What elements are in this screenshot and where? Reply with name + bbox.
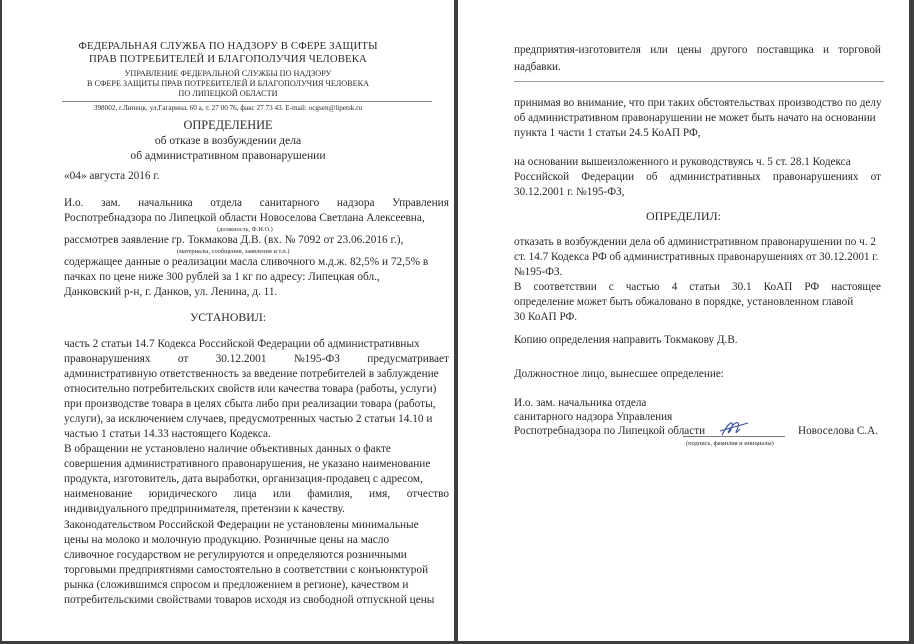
established-line: при производстве товара в целях сбыта ли…: [64, 398, 449, 410]
signature-caption: (подпись, фамилия и инициалы): [686, 440, 774, 447]
agency-name-line-2: ПРАВ ПОТРЕБИТЕЛЕЙ И БЛАГОПОЛУЧИЯ ЧЕЛОВЕК…: [2, 53, 454, 65]
copy-instruction: Копию определения направить Токмакову Д.…: [514, 334, 881, 346]
department-line-3: ПО ЛИПЕЦКОЙ ОБЛАСТИ: [2, 89, 454, 98]
established-line: частью 1 статьи 14.33 настоящего Кодекса…: [64, 428, 449, 440]
word: наименование: [64, 488, 132, 500]
word: от: [178, 353, 188, 365]
word: отдела: [210, 197, 242, 209]
word: или: [273, 488, 291, 500]
decision-line: В соответствии с частью 4 статьи 30.1 Ко…: [514, 281, 881, 293]
word: Управления: [392, 197, 449, 209]
word: предприятия-изготовителя: [514, 44, 641, 56]
established-line: часть 2 статьи 14.7 Кодекса Российской Ф…: [64, 338, 449, 350]
decision-line: определение может быть обжаловано в поря…: [514, 296, 881, 308]
word: об: [646, 171, 657, 183]
document-subtitle-line-2: об административном правонарушении: [2, 149, 454, 162]
established-line: относительно потребительских свойств или…: [64, 383, 449, 395]
established-line: продукта, изготовитель, дата выработки, …: [64, 473, 449, 485]
document-subtitle-line-1: об отказе в возбуждении дела: [2, 134, 454, 147]
word: КоАП: [764, 281, 793, 293]
considering-line: принимая во внимание, что при таких обст…: [514, 97, 881, 109]
signatory-line: И.о. зам. начальника отдела: [514, 397, 881, 409]
word: 30.12.2001: [216, 353, 267, 365]
continued-line: надбавки.: [514, 61, 881, 73]
content-line: пачках по цене ниже 300 рублей за 1 кг п…: [64, 271, 449, 283]
word: соответствии: [534, 281, 597, 293]
word: и: [823, 44, 829, 56]
official-caption: (должность, Ф.И.О.): [217, 226, 273, 233]
content-line: содержащее данные о реализации масла сли…: [64, 256, 449, 268]
reviewed-caption: (материалы, сообщения, заявления и т.п.): [177, 248, 290, 255]
established-line: наименование юридического лица или фамил…: [64, 488, 449, 500]
word: отчество: [407, 488, 449, 500]
established-line: индивидуального предпринимателя, претенз…: [64, 503, 449, 515]
decision-line: 30 КоАП РФ.: [514, 311, 881, 323]
decision-line: ст. 14.7 Кодекса РФ об административных …: [514, 251, 881, 263]
established-line: цены на молоко и молочную продукцию. Роз…: [64, 534, 449, 546]
established-line: рынка (сложившимся спросом и предложение…: [64, 579, 449, 591]
word: В: [514, 281, 521, 293]
word: правонарушениях: [64, 353, 150, 365]
word: санитарного: [260, 197, 320, 209]
word: надзора: [337, 197, 375, 209]
word: частью: [626, 281, 660, 293]
department-line-2: В СФЕРЕ ЗАЩИТЫ ПРАВ ПОТРЕБИТЕЛЕЙ И БЛАГО…: [2, 79, 454, 88]
document-title: ОПРЕДЕЛЕНИЕ: [2, 118, 454, 133]
agency-address: 398002, г.Липецк, ул.Гагарина, 60 а, т. …: [2, 104, 454, 112]
official-line-2: Роспотребнадзора по Липецкой области Нов…: [64, 212, 449, 224]
established-line: правонарушениях от 30.12.2001 №195-ФЗ пр…: [64, 353, 449, 365]
word: другого: [711, 44, 748, 56]
word: статьи: [689, 281, 720, 293]
signature-icon: [718, 417, 752, 439]
established-heading: УСТАНОВИЛ:: [2, 310, 454, 325]
word: административных: [670, 171, 761, 183]
considering-line: об административном правонарушении не мо…: [514, 112, 881, 124]
header-divider: [62, 101, 432, 102]
word: правонарушениях: [773, 171, 859, 183]
word: И.о.: [64, 197, 83, 209]
word: 4: [672, 281, 678, 293]
established-line: торговыми предприятиями самостоятельно в…: [64, 564, 449, 576]
word: юридического: [149, 488, 217, 500]
word: с: [609, 281, 614, 293]
established-line: услуги), за исключением случаев, предусм…: [64, 413, 449, 425]
established-line: В обращении не установлено наличие объек…: [64, 443, 449, 455]
continued-line: предприятия-изготовителя или цены другог…: [514, 44, 881, 56]
established-line: Законодательством Российской Федерации н…: [64, 519, 449, 531]
document-page-2: предприятия-изготовителя или цены другог…: [458, 0, 909, 641]
decision-line: отказать в возбуждении дела об администр…: [514, 236, 881, 248]
official-line-1: И.о. зам. начальника отдела санитарного …: [64, 197, 449, 209]
department-line-1: УПРАВЛЕНИЕ ФЕДЕРАЛЬНОЙ СЛУЖБЫ ПО НАДЗОРУ: [2, 69, 454, 78]
established-line: административную ответственность за введ…: [64, 368, 449, 380]
word: фамилия,: [307, 488, 352, 500]
signatory-line: санитарного надзора Управления: [514, 411, 881, 423]
established-line: сливочное государством не регулируются и…: [64, 549, 449, 561]
established-line: потребительскими свойствами товаров исхо…: [64, 594, 449, 606]
word: торговой: [838, 44, 881, 56]
word: имя,: [369, 488, 390, 500]
word: от: [871, 171, 881, 183]
word: предусматривает: [367, 353, 449, 365]
word: лица: [234, 488, 257, 500]
signer-name: Новоселова С.А.: [798, 425, 878, 437]
based-on-line: Российской Федерации об административных…: [514, 171, 881, 183]
agency-name-line-1: ФЕДЕРАЛЬНАЯ СЛУЖБА ПО НАДЗОРУ В СФЕРЕ ЗА…: [2, 40, 454, 52]
document-page-1: ФЕДЕРАЛЬНАЯ СЛУЖБА ПО НАДЗОРУ В СФЕРЕ ЗА…: [2, 0, 454, 641]
document-date: «04» августа 2016 г.: [64, 170, 449, 182]
decision-line: №195-ФЗ.: [514, 266, 881, 278]
official-label: Должностное лицо, вынесшее определение:: [514, 368, 881, 380]
word: или: [650, 44, 668, 56]
word: цены: [677, 44, 701, 56]
word: Российской: [514, 171, 569, 183]
word: начальника: [138, 197, 193, 209]
content-line: Данковский р-н, г. Данков, ул. Ленина, д…: [64, 286, 449, 298]
word: 30.1: [732, 281, 752, 293]
based-on-line: 30.12.2001 г. №195-ФЗ,: [514, 186, 881, 198]
word: Федерации: [581, 171, 634, 183]
word: РФ: [804, 281, 819, 293]
decided-heading: ОПРЕДЕЛИЛ:: [458, 209, 909, 224]
section-divider: [514, 81, 884, 82]
reviewed-statement: рассмотрев заявление гр. Токмакова Д.В. …: [64, 234, 449, 246]
based-on-line: на основании вышеизложенного и руководст…: [514, 156, 881, 168]
word: поставщика: [757, 44, 814, 56]
word: настоящее: [831, 281, 881, 293]
word: зам.: [101, 197, 120, 209]
considering-line: пункта 1 части 1 статьи 24.5 КоАП РФ,: [514, 127, 881, 139]
established-line: совершения административного правонаруше…: [64, 458, 449, 470]
word: №195-ФЗ: [294, 353, 340, 365]
